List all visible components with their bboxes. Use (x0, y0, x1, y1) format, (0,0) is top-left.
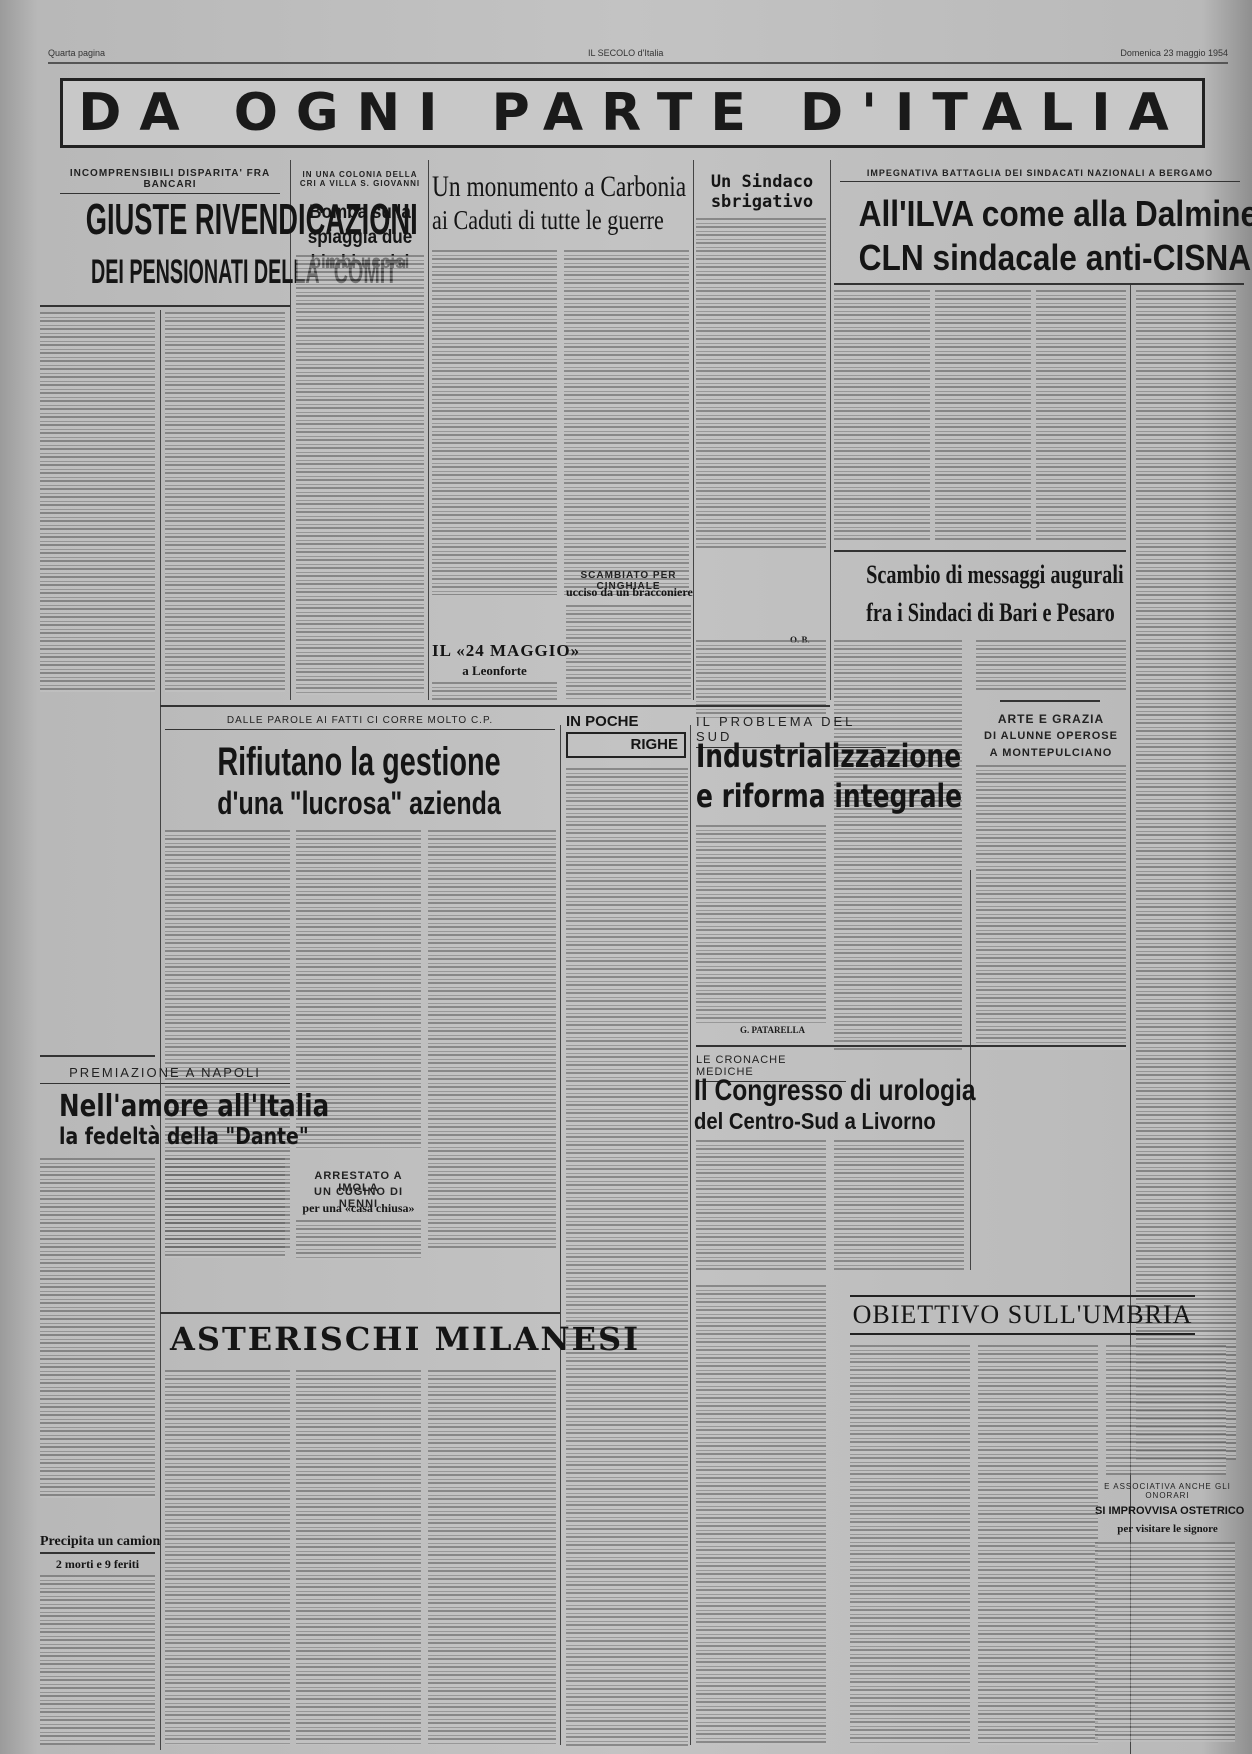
comit-headline-1: GIUSTE RIVENDICAZIONI (86, 198, 248, 242)
napoli-kicker: PREMIAZIONE A NAPOLI (40, 1065, 290, 1084)
column-rule (428, 160, 429, 700)
urologia-body-col1 (696, 1140, 826, 1270)
divider (160, 1312, 560, 1314)
ilva-body-col4 (1136, 290, 1236, 1460)
gestione-body-col3 (428, 830, 556, 1250)
carbonia-body-col2 (564, 250, 689, 595)
poche-righe-body (566, 768, 688, 1748)
comit-body-col1 (40, 312, 155, 692)
divider (40, 1055, 155, 1057)
arte-headline-3: A MONTEPULCIANO (976, 747, 1126, 759)
carbonia-body-col1 (432, 250, 557, 595)
camion-headline-1: Precipita un camion (40, 1535, 155, 1549)
ilva-headline-1: All'ILVA come alla Dalmine (859, 196, 1220, 232)
sindaco-body (696, 218, 826, 548)
ilva-headline-2: CLN sindacale anti-CISNAL (859, 240, 1220, 276)
imola-body (296, 1220, 421, 1260)
sud-body (696, 825, 826, 1025)
divider (696, 1045, 1126, 1047)
umbria-body-col0 (696, 1285, 826, 1745)
ostetrico-headline-2: per visitare le signore (1095, 1524, 1240, 1535)
napoli-headline-1: Nell'amore all'Italia (59, 1092, 269, 1122)
umbria-body-col2 (978, 1345, 1098, 1745)
banner-title: DA OGNI PARTE D'ITALIA (63, 81, 1202, 145)
page-number: Quarta pagina (48, 48, 105, 58)
umbria-headline: OBIETTIVO SULL'UMBRIA (850, 1295, 1195, 1335)
running-head: Quarta pagina IL SECOLO d'Italia Domenic… (48, 48, 1228, 64)
ostetrico-headline-1: SI IMPROVVISA OSTETRICO (1095, 1506, 1240, 1517)
ostetrico-kicker: E ASSOCIATIVA ANCHE GLI ONORARI (1095, 1482, 1240, 1500)
carbonia-headline-2: ai Caduti di tutte le guerre (432, 207, 644, 234)
cinghiale-headline: ucciso da un bracconiere (566, 586, 691, 598)
divider (834, 283, 1244, 285)
urologia-headline-2: del Centro-Sud a Livorno (694, 1110, 940, 1133)
umbria-body-col3 (1106, 1345, 1226, 1475)
divider (160, 705, 830, 707)
column-rule (830, 160, 831, 700)
sud-signature: G. PATARELLA (740, 1025, 805, 1035)
milanesi-body-col1 (165, 1370, 290, 1745)
gestione-headline-2: d'una "lucrosa" azienda (204, 787, 514, 819)
poche-righe-title-2: RIGHE (566, 732, 686, 758)
divider (1000, 700, 1100, 702)
column-rule (693, 160, 694, 700)
poche-righe-title-1: IN POCHE (566, 714, 686, 729)
urologia-body-col2 (834, 1140, 964, 1270)
sindaco-headline: Un Sindaco sbrigativo (696, 172, 828, 212)
imola-headline-3: per una «casa chiusa» (296, 1202, 421, 1214)
maggio-body (432, 682, 557, 700)
maggio-headline-2: a Leonforte (432, 664, 557, 677)
messaggi-headline-2: fra i Sindaci di Bari e Pesaro (866, 600, 1094, 626)
messaggi-body-col2 (976, 640, 1126, 690)
ilva-body-col1 (834, 290, 930, 540)
news-brief-body (696, 640, 826, 720)
napoli-headline-2: la fedeltà della "Dante" (59, 1126, 269, 1149)
napoli-body-col1 (40, 1158, 155, 1498)
arte-headline-1: ARTE E GRAZIA (976, 712, 1126, 726)
comit-kicker: INCOMPRENSIBILI DISPARITA' FRA BANCARI (60, 168, 280, 194)
ilva-kicker: IMPEGNATIVA BATTAGLIA DEI SINDACATI NAZI… (840, 168, 1240, 182)
ilva-body-col2 (935, 290, 1031, 540)
comit-headline-2: DEI PENSIONATI DELLA "COMIT" (91, 255, 243, 289)
column-rule (560, 725, 561, 1745)
column-rule (160, 310, 161, 1750)
milanesi-headline: ASTERISCHI MILANESI (170, 1318, 555, 1364)
urologia-headline-1: Il Congresso di urologia (694, 1076, 924, 1106)
ilva-body-col3 (1036, 290, 1126, 540)
camion-headline-2: 2 morti e 9 feriti (40, 1558, 155, 1570)
sud-headline-1: Industrializzazione (696, 740, 797, 772)
column-rule (970, 870, 971, 1270)
messaggi-body-col1 (834, 640, 962, 1050)
masthead-title: IL SECOLO d'Italia (588, 48, 663, 58)
carbonia-headline-1: Un monumento a Carbonia (432, 172, 633, 202)
arte-body (976, 765, 1126, 1050)
divider (40, 305, 290, 307)
camion-body (40, 1575, 155, 1745)
napoli-body-col2 (165, 1158, 285, 1258)
gestione-headline-1: Rifiutano la gestione (216, 742, 503, 782)
sud-headline-2: e riforma integrale (696, 780, 797, 812)
milanesi-body-col2 (296, 1370, 421, 1745)
gestione-kicker: DALLE PAROLE AI FATTI CI CORRE MOLTO C.P… (165, 715, 555, 730)
section-banner: DA OGNI PARTE D'ITALIA (60, 78, 1205, 148)
comit-body-col2 (165, 312, 285, 692)
cinghiale-body (566, 605, 691, 700)
maggio-headline-1: IL «24 MAGGIO» (432, 642, 557, 659)
divider (834, 550, 1126, 552)
arte-headline-2: DI ALUNNE OPEROSE (976, 730, 1126, 742)
umbria-body-col1 (850, 1345, 970, 1745)
bomba-kicker: IN UNA COLONIA DELLA CRI A VILLA S. GIOV… (296, 170, 424, 188)
ostetrico-body (1095, 1542, 1235, 1742)
issue-date: Domenica 23 maggio 1954 (1120, 48, 1228, 58)
divider (40, 1552, 155, 1554)
bomba-body (296, 255, 424, 695)
messaggi-headline-1: Scambio di messaggi augurali (866, 562, 1094, 588)
column-rule (690, 725, 691, 1745)
milanesi-body-col3 (428, 1370, 556, 1745)
newspaper-page: Quarta pagina IL SECOLO d'Italia Domenic… (0, 0, 1252, 1754)
